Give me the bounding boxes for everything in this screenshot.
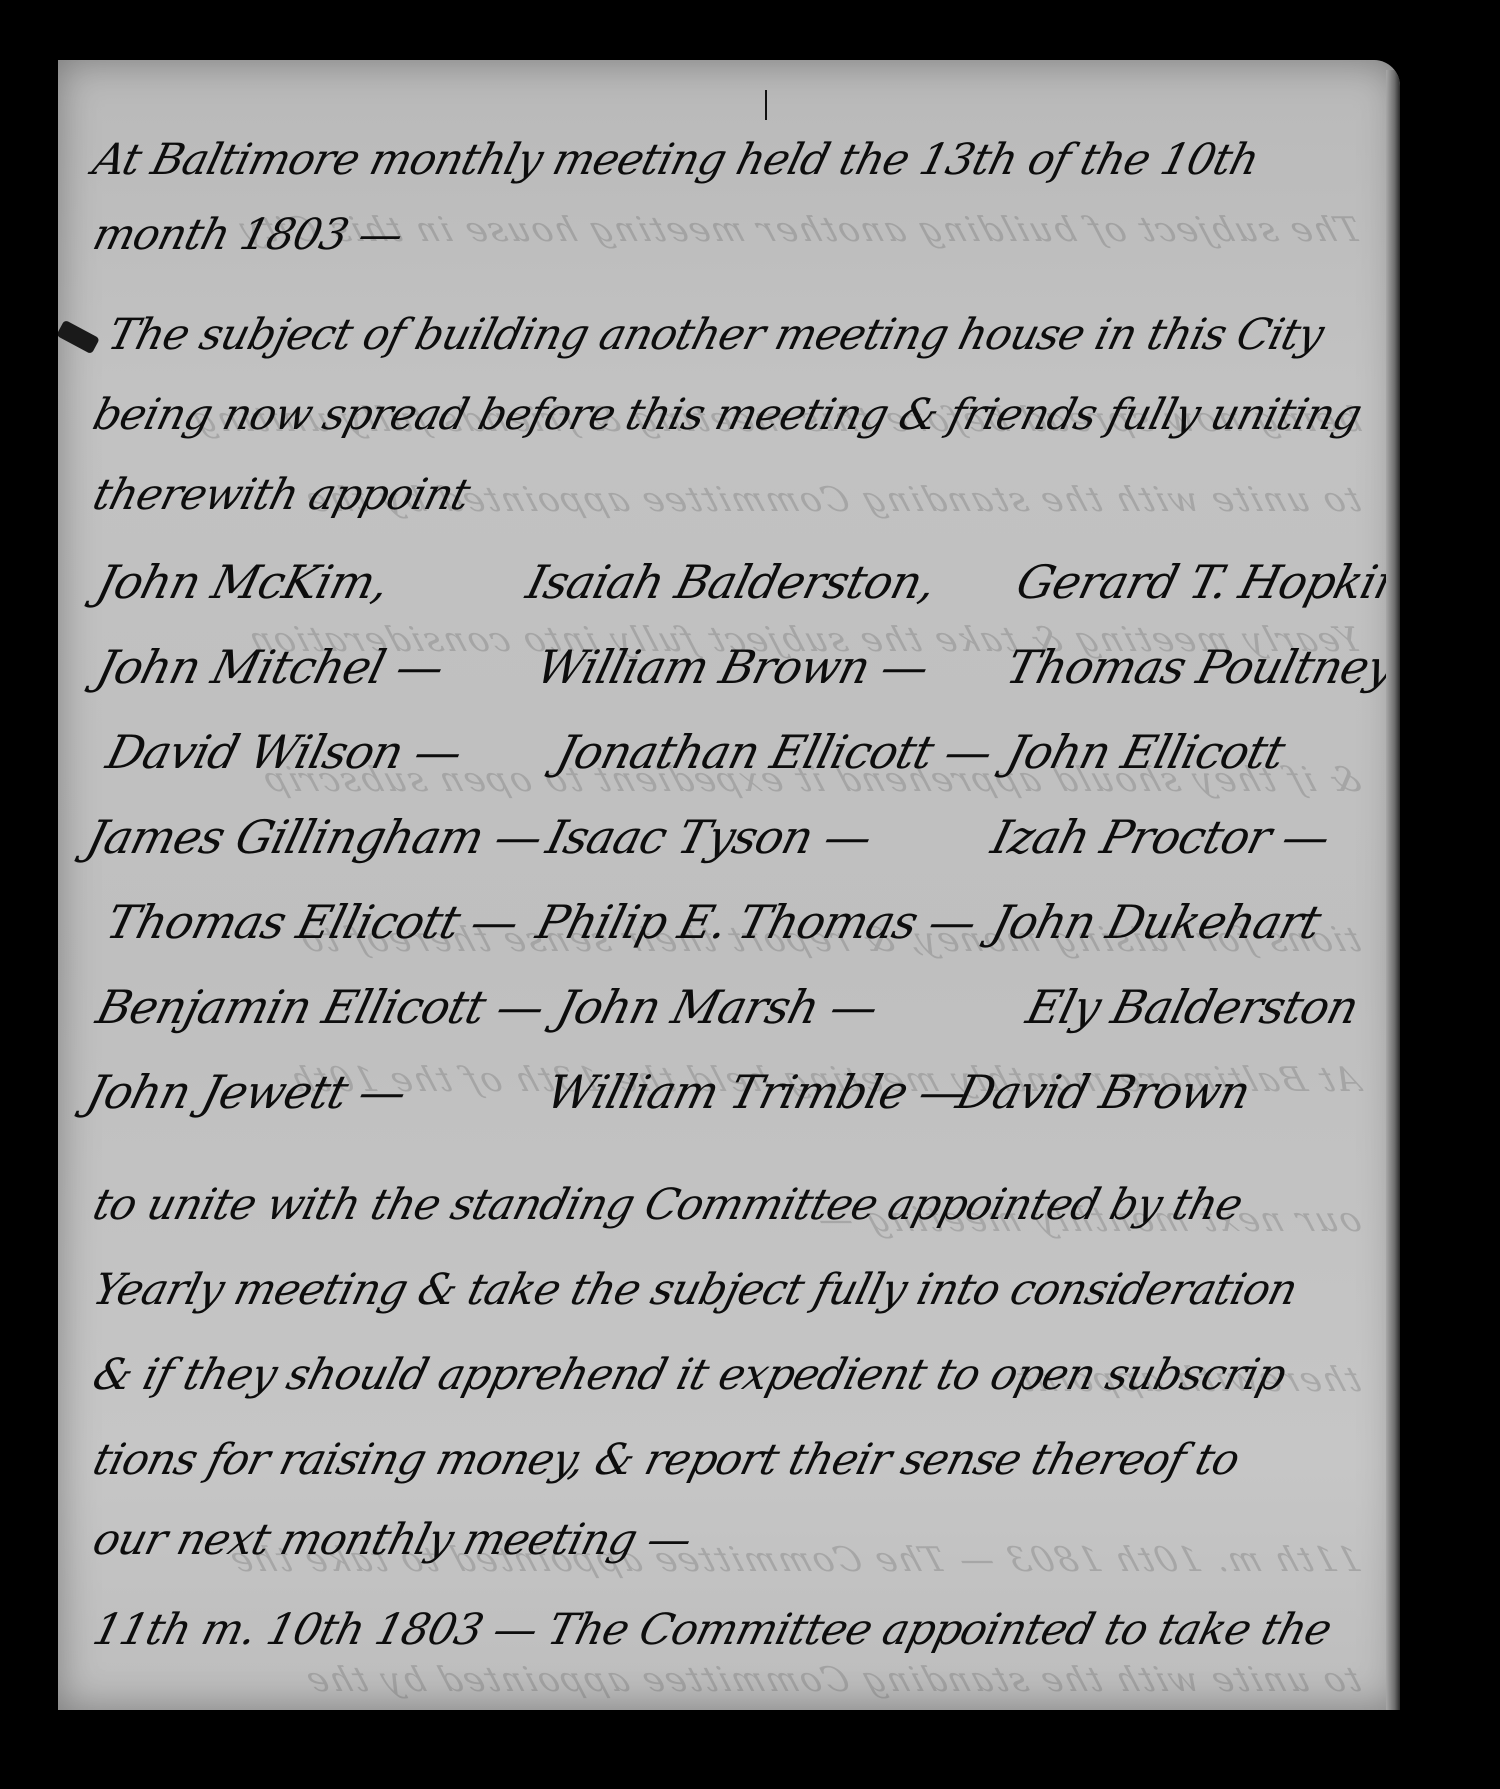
paragraph-2-line-3: & if they should apprehend it expedient … [88, 1350, 1290, 1400]
heading-line-1: At Baltimore monthly meeting held the 13… [88, 135, 1263, 185]
appointee-name: Jonathan Ellicott — [551, 725, 997, 779]
appointee-name: John Mitchel — [91, 640, 449, 694]
appointee-name: William Trimble — [541, 1065, 971, 1119]
appointees-row: Thomas Ellicott — Philip E. Thomas — Joh… [58, 895, 1400, 975]
paragraph-1-line-3: therewith appoint [88, 470, 474, 520]
appointees-row: Benjamin Ellicott — John Marsh — Ely Bal… [58, 980, 1400, 1060]
bleed-through-text: to unite with the standing Committee app… [82, 1660, 1367, 1700]
appointee-name: Ely Balderston [1021, 980, 1363, 1034]
appointee-name: Gerard T. Hopkins [1011, 555, 1400, 609]
page-number-mark [765, 90, 767, 120]
appointee-name: Thomas Poultney [1001, 640, 1399, 694]
appointee-name: John Marsh — [551, 980, 883, 1034]
appointees-row: David Wilson — Jonathan Ellicott — John … [58, 725, 1400, 805]
appointee-name: Isaac Tyson — [541, 810, 877, 864]
appointee-name: David Brown [951, 1065, 1255, 1119]
appointee-name: Izah Proctor — [986, 810, 1335, 864]
appointees-row: James Gillingham — Isaac Tyson — Izah Pr… [58, 810, 1400, 890]
appointee-name: John Ellicott [1001, 725, 1290, 779]
paragraph-1-line-1: The subject of building another meeting … [103, 310, 1328, 360]
appointee-name: Philip E. Thomas — [531, 895, 981, 949]
appointee-name: Thomas Ellicott — [101, 895, 524, 949]
appointee-name: Benjamin Ellicott — [91, 980, 549, 1034]
appointee-name: John Jewett — [81, 1065, 411, 1119]
paragraph-2-line-1: to unite with the standing Committee app… [88, 1180, 1247, 1230]
paragraph-2-line-5: our next monthly meeting — [88, 1515, 696, 1565]
appointee-name: John McKim, [91, 555, 394, 609]
appointee-name: John Dukehart [986, 895, 1326, 949]
appointee-name: William Brown — [531, 640, 934, 694]
appointee-name: Isaiah Balderston, [521, 555, 941, 609]
paragraph-2-line-4: tions for raising money, & report their … [88, 1435, 1244, 1485]
paragraph-2-line-2: Yearly meeting & take the subject fully … [88, 1265, 1302, 1315]
appointees-row: John Mitchel — William Brown — Thomas Po… [58, 640, 1400, 720]
paragraph-1-line-2: being now spread before this meeting & f… [88, 390, 1366, 440]
appointees-row: John Jewett — William Trimble — David Br… [58, 1065, 1400, 1145]
appointee-name: James Gillingham — [81, 810, 547, 864]
appointees-row: John McKim, Isaiah Balderston, Gerard T.… [58, 555, 1400, 635]
appointee-name: David Wilson — [101, 725, 467, 779]
heading-line-2: month 1803 — [88, 210, 408, 260]
manuscript-page: The subject of building another meeting … [58, 60, 1400, 1710]
margin-ink-mark [58, 320, 100, 355]
next-entry-line: 11th m. 10th 1803 — The Committee appoin… [88, 1605, 1336, 1655]
page-edge [1386, 70, 1400, 1710]
